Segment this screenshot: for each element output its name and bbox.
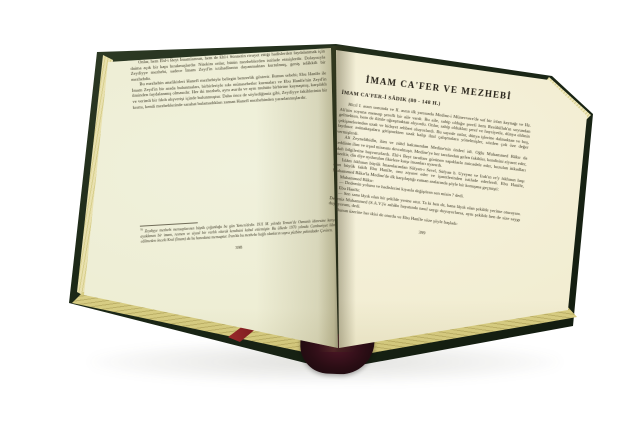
book-product-photo: Onlar, hem Ehl-i Beyt İmamlarının, hem d… <box>0 0 640 428</box>
blank-space <box>133 99 335 226</box>
right-page-content: İMAM CA'FER VE MEZHEBİ İMAM CA'FER-İ SÂD… <box>318 72 534 315</box>
left-page-content: Onlar, hem Ehl-i Beyt İmamlarının, hem d… <box>130 48 340 311</box>
